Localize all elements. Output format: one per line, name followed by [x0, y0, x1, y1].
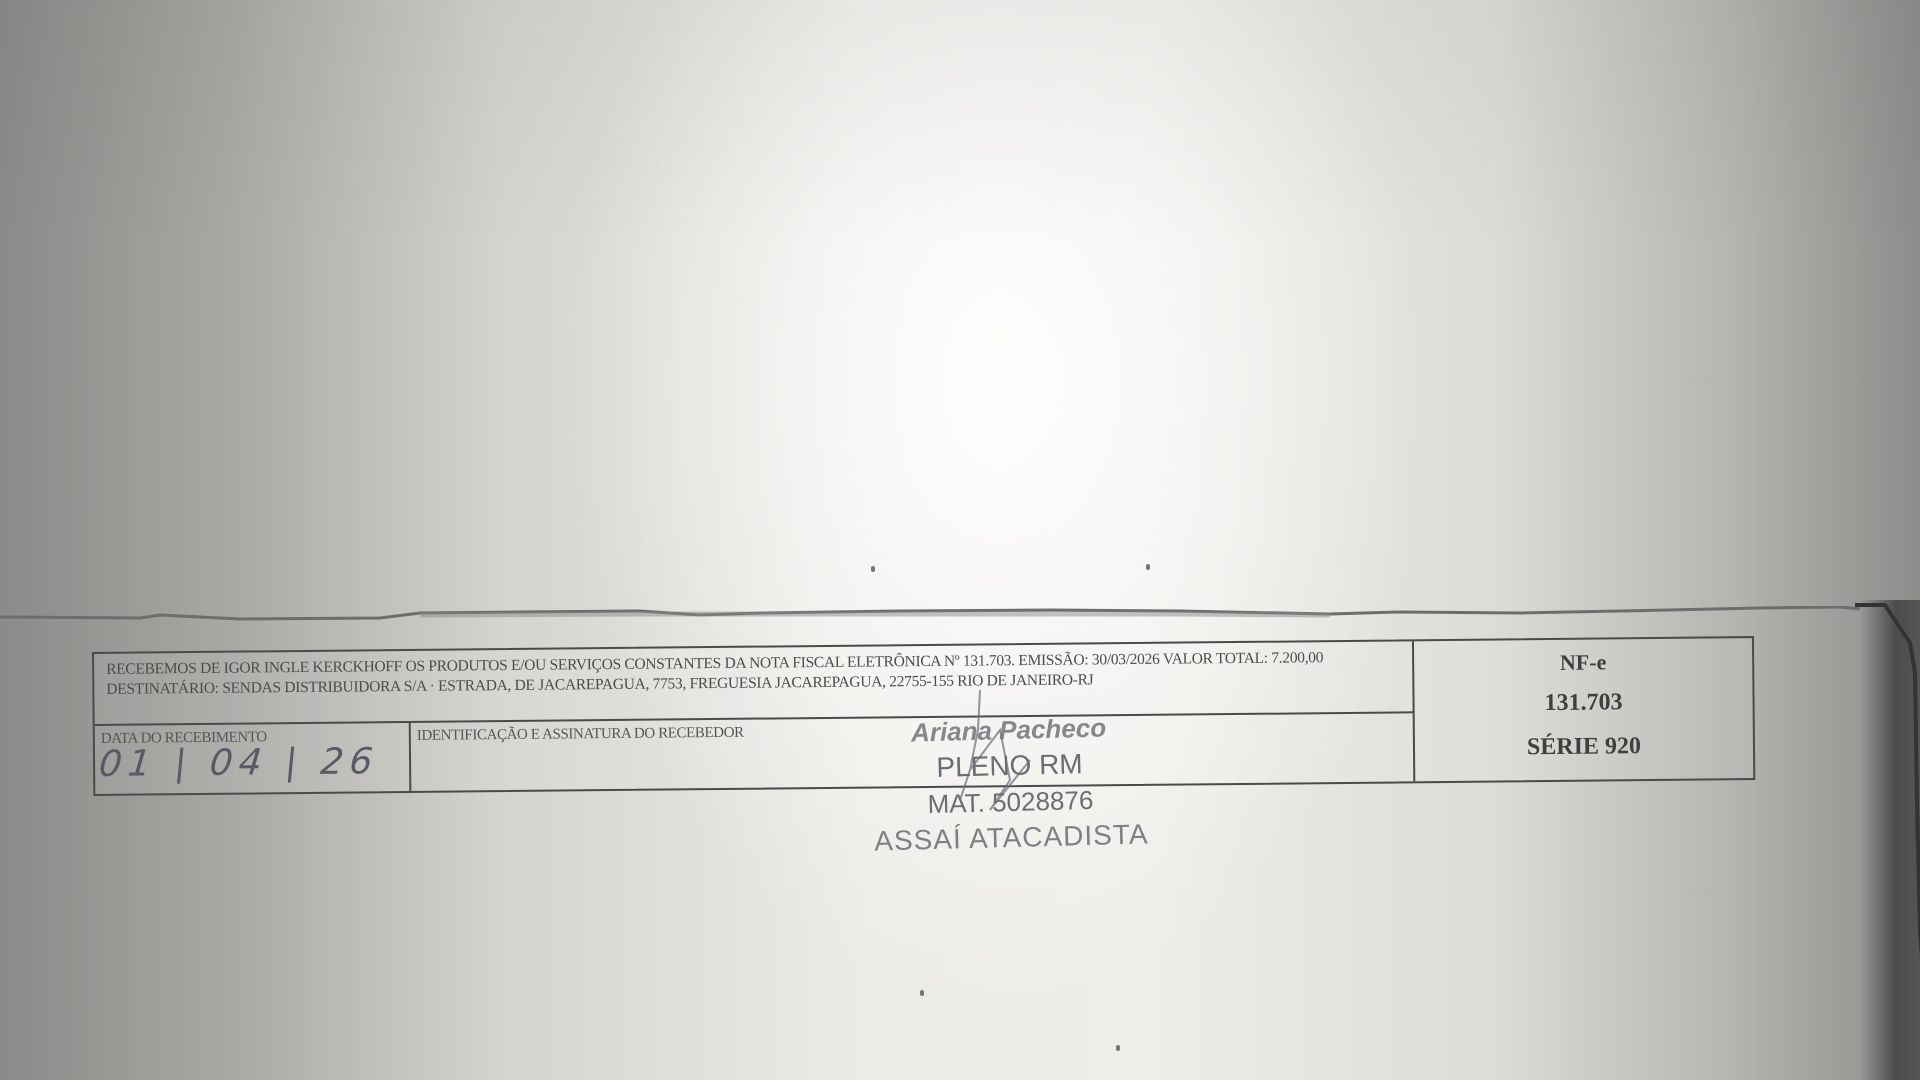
nfe-series: SÉRIE 920 [1415, 732, 1753, 762]
paper-right-edge [1855, 603, 1920, 993]
receipt-statement-cell: RECEBEMOS DE IGOR INGLE KERCKHOFF OS PRO… [94, 641, 1415, 726]
upper-paper-fold [0, 0, 1920, 625]
handwritten-date: 01 | 04 | 26 [97, 741, 380, 785]
torn-paper-edge [0, 606, 1880, 624]
nfe-title: NF-e [1414, 648, 1752, 677]
nfe-number: 131.703 [1414, 688, 1752, 718]
receipt-statement: RECEBEMOS DE IGOR INGLE KERCKHOFF OS PRO… [106, 647, 1406, 699]
receiver-stamp: Ariana Pacheco PLENO RM MAT. 5028876 ASS… [858, 708, 1162, 860]
paper-speck [920, 990, 924, 996]
date-cell: DATA DO RECEBIMENTO 01 | 04 | 26 [95, 723, 412, 794]
paper-speck [871, 566, 875, 572]
stamp-company: ASSAÍ ATACADISTA [861, 816, 1162, 860]
paper-speck [1146, 564, 1150, 570]
paper-speck [1116, 1045, 1120, 1051]
signature-label: IDENTIFICAÇÃO E ASSINATURA DO RECEBEDOR [417, 725, 744, 745]
nfe-box: NF-e 131.703 SÉRIE 920 [1414, 638, 1753, 781]
